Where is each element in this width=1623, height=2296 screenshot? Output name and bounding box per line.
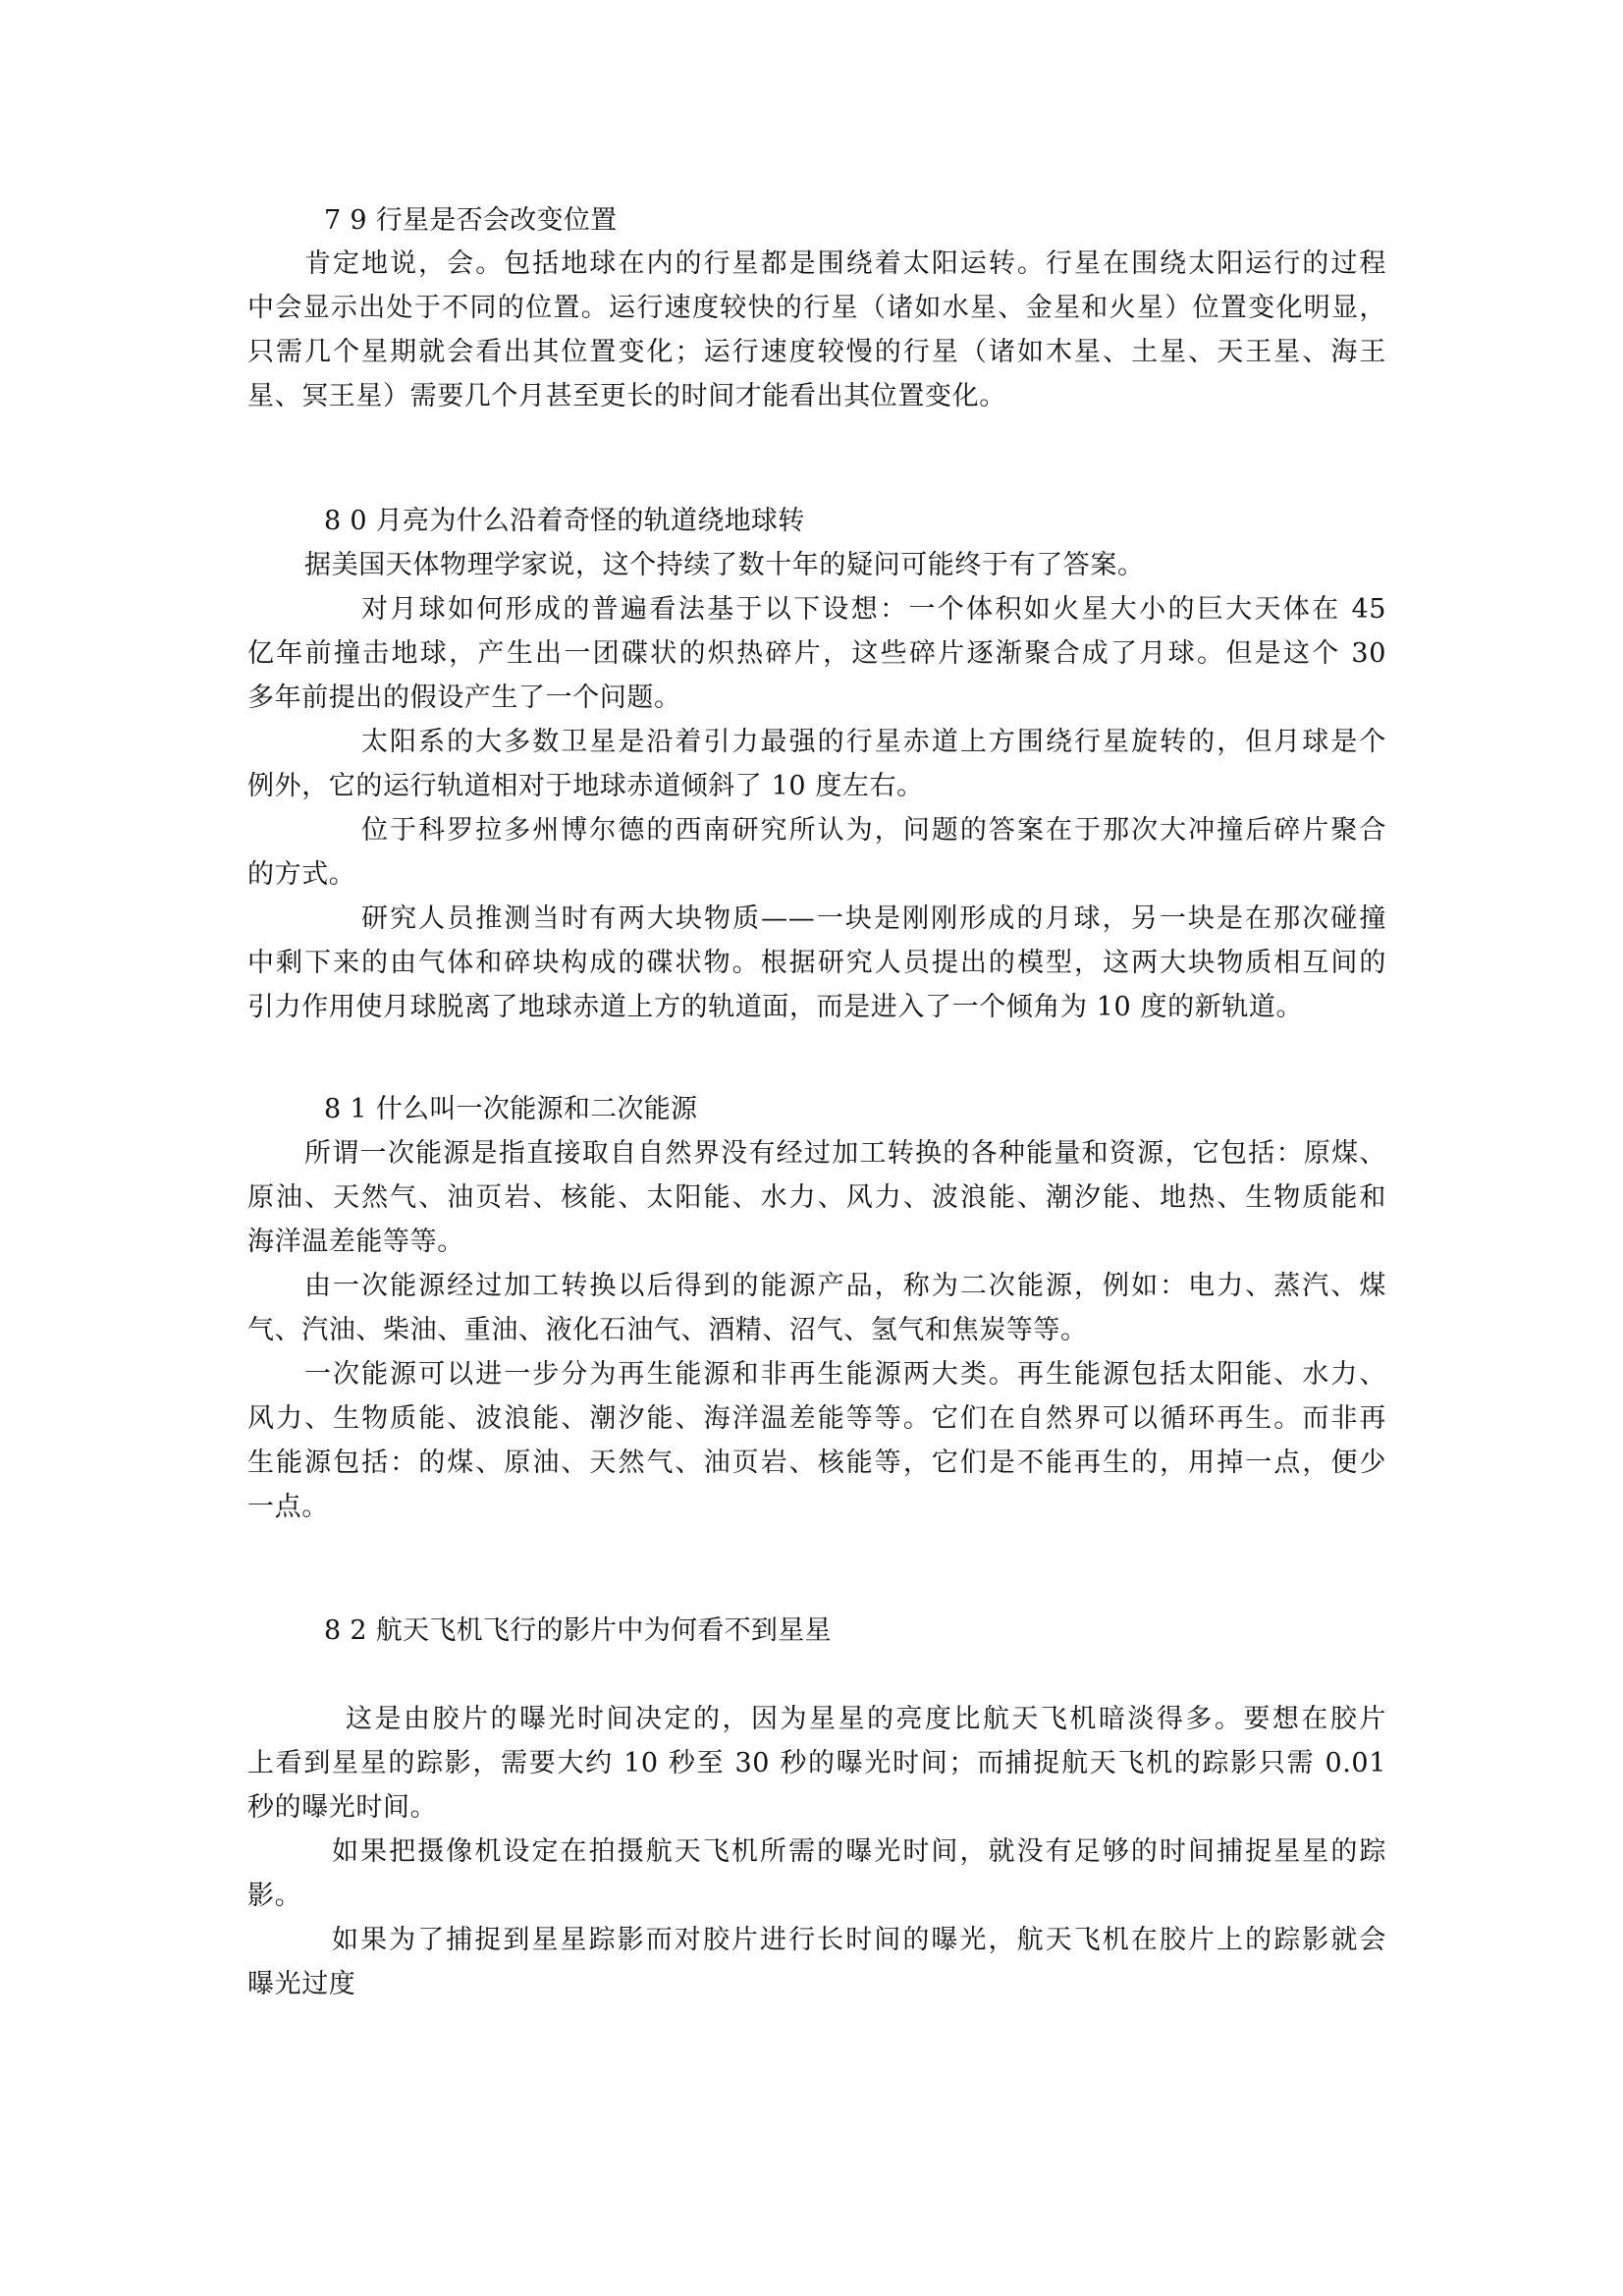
paragraph-line: 中剩下来的由气体和碎块构成的碟状物。根据研究人员提出的模型，这两大块物质相互间的	[247, 947, 1386, 980]
paragraph-line: 由一次能源经过加工转换以后得到的能源产品，称为二次能源，例如：电力、蒸汽、煤	[304, 1270, 1386, 1303]
paragraph-line: 秒的曝光时间。	[247, 1791, 1386, 1825]
paragraph-line: 影。	[247, 1880, 1386, 1913]
paragraph-line: 位于科罗拉多州博尔德的西南研究所认为，问题的答案在于那次大冲撞后碎片聚合	[361, 814, 1386, 847]
paragraph-line: 如果为了捕捉到星星踪影而对胶片进行长时间的曝光，航天飞机在胶片上的踪影就会	[332, 1924, 1386, 1957]
paragraph-line: 对月球如何形成的普遍看法基于以下设想：一个体积如火星大小的巨大天体在 45	[361, 593, 1386, 627]
paragraph-line: 风力、生物质能、波浪能、潮汐能、海洋温差能等等。它们在自然界可以循环再生。而非再	[247, 1402, 1386, 1436]
paragraph-line: 引力作用使月球脱离了地球赤道上方的轨道面，而是进入了一个倾角为 10 度的新轨道…	[247, 991, 1386, 1024]
paragraph-line: 如果把摄像机设定在拍摄航天飞机所需的曝光时间，就没有足够的时间捕捉星星的踪	[332, 1835, 1386, 1869]
paragraph-line: 据美国天体物理学家说，这个持续了数十年的疑问可能终于有了答案。	[304, 549, 1443, 582]
section-heading-81: 8 1 什么叫一次能源和二次能源	[324, 1093, 1463, 1126]
paragraph-line: 上看到星星的踪影，需要大约 10 秒至 30 秒的曝光时间；而捕捉航天飞机的踪影…	[247, 1747, 1386, 1780]
paragraph-line: 研究人员推测当时有两大块物质——一块是刚刚形成的月球，另一块是在那次碰撞	[361, 902, 1386, 936]
section-heading-79: 7 9 行星是否会改变位置	[324, 204, 1463, 238]
paragraph-line: 气、汽油、柴油、重油、液化石油气、酒精、沼气、氢气和焦炭等等。	[247, 1314, 1386, 1347]
paragraph-line: 的方式。	[247, 858, 1386, 892]
paragraph-line: 肯定地说，会。包括地球在内的行星都是围绕着太阳运转。行星在围绕太阳运行的过程	[304, 247, 1386, 281]
paragraph-line: 多年前提出的假设产生了一个问题。	[247, 682, 1386, 715]
paragraph-line: 亿年前撞击地球，产生出一团碟状的炽热碎片，这些碎片逐渐聚合成了月球。但是这个 3…	[247, 637, 1386, 671]
paragraph-line: 只需几个星期就会看出其位置变化；运行速度较慢的行星（诸如木星、土星、天王星、海王	[247, 336, 1386, 369]
section-heading-82: 8 2 航天飞机飞行的影片中为何看不到星星	[324, 1614, 1463, 1648]
paragraph-line: 例外，它的运行轨道相对于地球赤道倾斜了 10 度左右。	[247, 770, 1386, 803]
paragraph-line: 曝光过度	[247, 1968, 1386, 2001]
paragraph-line: 太阳系的大多数卫星是沿着引力最强的行星赤道上方围绕行星旋转的，但月球是个	[361, 726, 1386, 759]
document-page: 7 9 行星是否会改变位置 肯定地说，会。包括地球在内的行星都是围绕着太阳运转。…	[0, 0, 1623, 2296]
paragraph-line: 生能源包括：的煤、原油、天然气、油页岩、核能等，它们是不能再生的，用掉一点，便少	[247, 1447, 1386, 1480]
paragraph-line: 中会显示出处于不同的位置。运行速度较快的行星（诸如水星、金星和火星）位置变化明显…	[247, 292, 1386, 325]
paragraph-line: 原油、天然气、油页岩、核能、太阳能、水力、风力、波浪能、潮汐能、地热、生物质能和	[247, 1181, 1386, 1215]
paragraph-line: 海洋温差能等等。	[247, 1226, 1386, 1259]
paragraph-line: 星、冥王星）需要几个月甚至更长的时间才能看出其位置变化。	[247, 380, 1386, 413]
section-heading-80: 8 0 月亮为什么沿着奇怪的轨道绕地球转	[324, 505, 1463, 538]
paragraph-line: 所谓一次能源是指直接取自自然界没有经过加工转换的各种能量和资源，它包括：原煤、	[304, 1137, 1386, 1171]
paragraph-line: 一点。	[247, 1491, 1386, 1524]
paragraph-line: 一次能源可以进一步分为再生能源和非再生能源两大类。再生能源包括太阳能、水力、	[304, 1358, 1386, 1392]
paragraph-line: 这是由胶片的曝光时间决定的，因为星星的亮度比航天飞机暗淡得多。要想在胶片	[346, 1703, 1386, 1736]
